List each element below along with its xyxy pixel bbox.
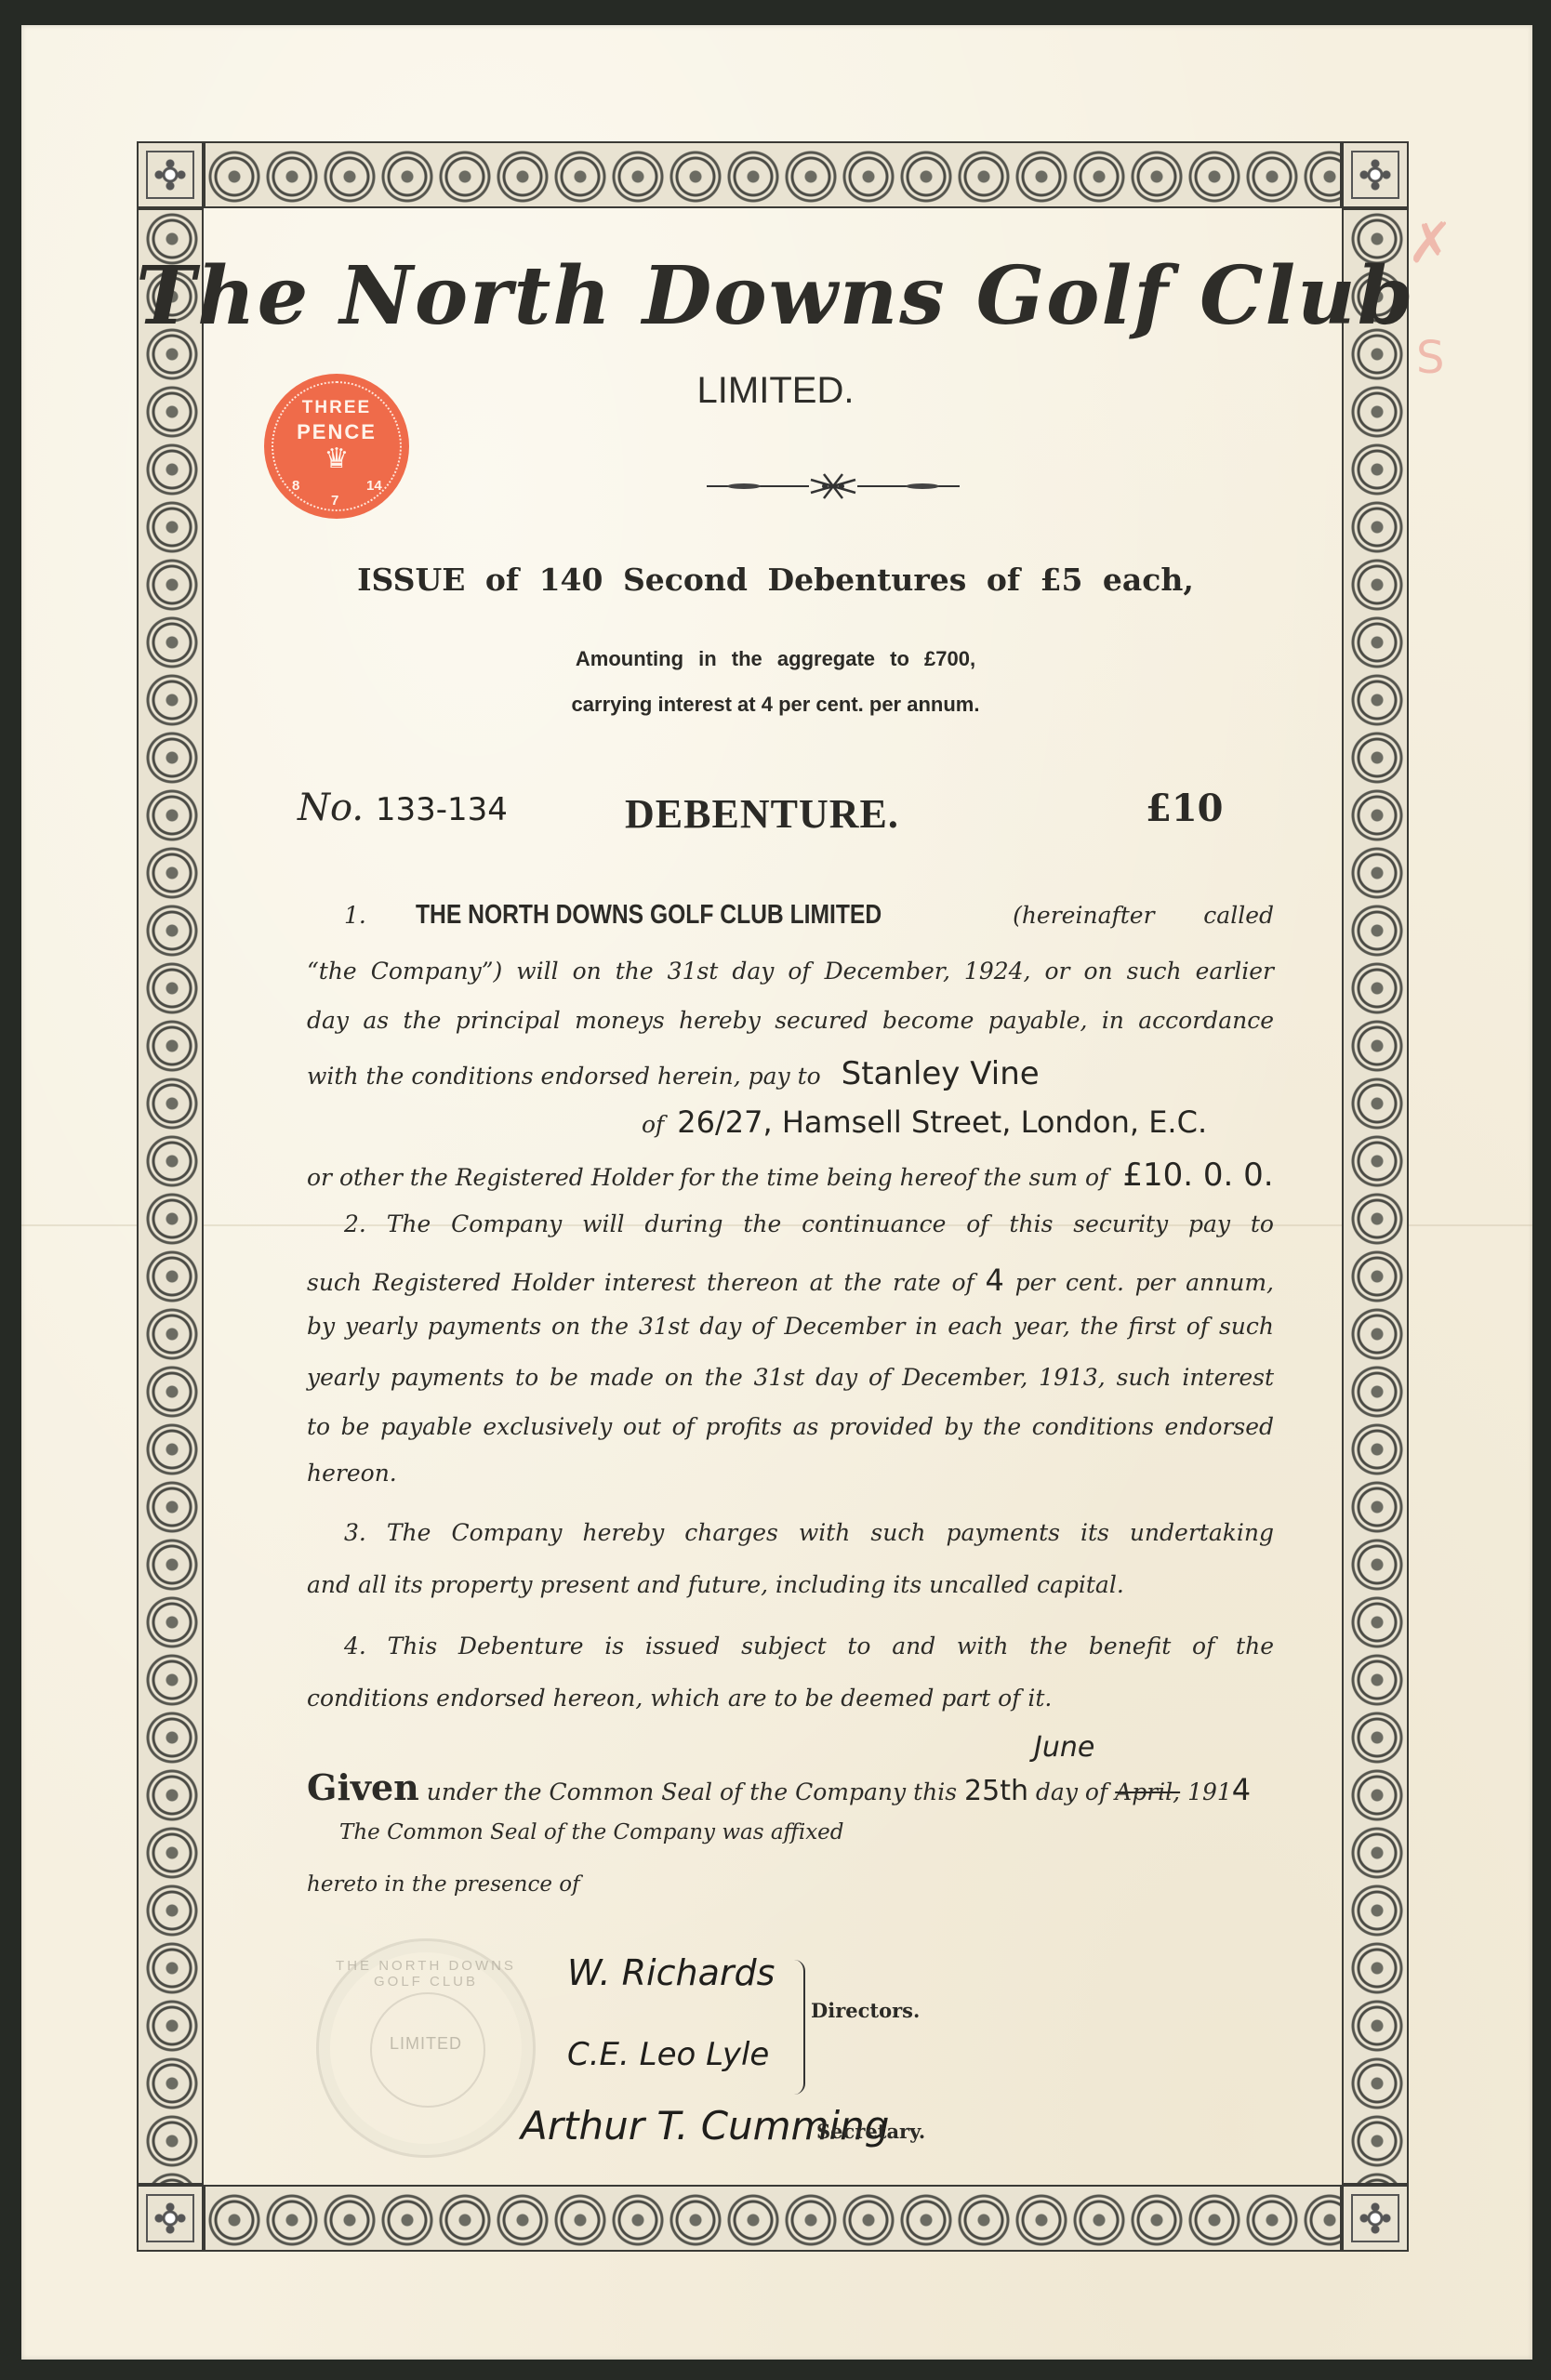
revenue-stamp: THREE PENCE ♛ 8 7 14 — [264, 374, 409, 519]
clause1-company: THE NORTH DOWNS GOLF CLUB LIMITED — [416, 900, 882, 931]
clause4-line1-text: This Debenture is issued subject to and … — [388, 1633, 1274, 1659]
ornament-divider-icon — [707, 472, 960, 500]
given-year-handwritten: 4 — [1232, 1772, 1251, 1807]
clause1-number: 1. — [344, 902, 366, 929]
clause2-line1-text: The Company will during the continuance … — [387, 1210, 1274, 1237]
principal-sum: £10. 0. 0. — [1122, 1157, 1273, 1194]
clause3-line2: and all its property present and future,… — [307, 1571, 1274, 1598]
seal-ring-text: THE NORTH DOWNS GOLF CLUB — [319, 1958, 533, 1990]
stamp-number-right: 14 — [366, 478, 382, 494]
border-bottom — [204, 2185, 1342, 2252]
corner-rosette-icon — [1342, 2185, 1409, 2252]
payee-address: 26/27, Hamsell Street, London, E.C. — [677, 1104, 1207, 1140]
clause1-line1: 1. THE NORTH DOWNS GOLF CLUB LIMITED (he… — [307, 900, 1274, 931]
corner-rosette-icon — [137, 141, 204, 208]
seal-statement-line1: The Common Seal of the Company was affix… — [339, 1820, 1306, 1844]
border-right — [1342, 208, 1409, 2185]
given-text: under the Common Seal of the Company thi… — [427, 1778, 957, 1805]
clause1-line6-prefix: or other the Registered Holder for the t… — [307, 1164, 1107, 1191]
clause3-number: 3. — [344, 1519, 366, 1546]
clause3-line1-text: The Company hereby charges with such pay… — [387, 1519, 1274, 1546]
directors-label: Directors. — [811, 1999, 920, 2022]
clause1-line3: day as the principal moneys hereby secur… — [307, 1007, 1274, 1034]
clause1-line4-prefix: with the conditions endorsed herein, pay… — [307, 1063, 821, 1090]
club-title: The North Downs Golf Club — [0, 249, 1551, 343]
seal-statement-line2: hereto in the presence of — [307, 1872, 1274, 1897]
director2-signature: C.E. Leo Lyle — [567, 2036, 769, 2073]
clause1-line4: with the conditions endorsed herein, pay… — [307, 1055, 1274, 1092]
border-top — [204, 141, 1342, 208]
seal-center-text: LIMITED — [319, 2034, 533, 2054]
clause2-number: 2. — [344, 1210, 366, 1237]
corner-rosette-icon — [1342, 141, 1409, 208]
clause2-line1: 2. The Company will during the continuan… — [307, 1210, 1274, 1237]
issue-heading: ISSUE of 140 Second Debentures of £5 eac… — [0, 562, 1551, 598]
debenture-number-label: No. — [298, 787, 364, 829]
clause2-line2-suffix: per cent. per annum, — [1015, 1269, 1274, 1296]
given-day: 25th — [964, 1775, 1028, 1807]
aggregate-line: Amounting in the aggregate to £700, — [0, 647, 1551, 671]
given-year-printed: 191 — [1187, 1778, 1232, 1805]
payee-name: Stanley Vine — [842, 1055, 1040, 1092]
stamp-number-left: 8 — [292, 478, 299, 494]
debenture-number-value: 133-134 — [376, 791, 508, 828]
clause1-line6: or other the Registered Holder for the t… — [307, 1157, 1274, 1194]
stamp-number-bottom: 7 — [331, 493, 338, 509]
directors-brace — [792, 1960, 805, 2095]
interest-line: carrying interest at 4 per cent. per ann… — [0, 693, 1551, 717]
crown-icon: ♛ — [264, 443, 409, 475]
director1-signature: W. Richards — [567, 1952, 775, 1993]
given-line: Given under the Common Seal of the Compa… — [307, 1766, 1274, 1808]
clause2-line3: by yearly payments on the 31st day of De… — [307, 1313, 1274, 1340]
debenture-heading: DEBENTURE. — [625, 790, 899, 838]
given-word: Given — [307, 1766, 419, 1808]
club-limited: LIMITED. — [0, 370, 1551, 412]
stamp-text-three: THREE — [264, 398, 409, 418]
given-day-of: day of — [1036, 1778, 1107, 1805]
clause1-line5: of 26/27, Hamsell Street, London, E.C. — [642, 1104, 1292, 1140]
clause2-line4: yearly payments to be made on the 31st d… — [307, 1364, 1274, 1391]
given-month-handwritten: June — [1034, 1731, 1094, 1764]
clause1-line2: “the Company”) will on the 31st day of D… — [307, 958, 1274, 985]
secretary-label: Secretary. — [816, 2120, 925, 2143]
clause2-line2-prefix: such Registered Holder interest thereon … — [307, 1269, 974, 1296]
clause1-tail: (hereinafter called — [1013, 902, 1274, 929]
clause2-line2: such Registered Holder interest thereon … — [307, 1263, 1274, 1298]
debenture-number: No. 133-134 — [298, 787, 508, 829]
clause4-line1: 4. This Debenture is issued subject to a… — [307, 1633, 1274, 1659]
clause3-line1: 3. The Company hereby charges with such … — [307, 1519, 1274, 1546]
stamp-text-pence: PENCE — [264, 420, 409, 444]
debenture-amount: £10 — [1146, 787, 1224, 830]
interest-rate: 4 — [985, 1263, 1003, 1298]
clause2-line6: hereon. — [307, 1460, 1274, 1487]
clause4-line2: conditions endorsed hereon, which are to… — [307, 1685, 1274, 1712]
clause2-line5: to be payable exclusively out of profits… — [307, 1413, 1274, 1440]
clause4-number: 4. — [344, 1633, 366, 1659]
given-month-struck: April, — [1115, 1778, 1180, 1805]
border-left — [137, 208, 204, 2185]
clause1-line5-prefix: of — [642, 1111, 664, 1138]
corner-rosette-icon — [137, 2185, 204, 2252]
embossed-company-seal: THE NORTH DOWNS GOLF CLUB LIMITED — [316, 1938, 536, 2158]
